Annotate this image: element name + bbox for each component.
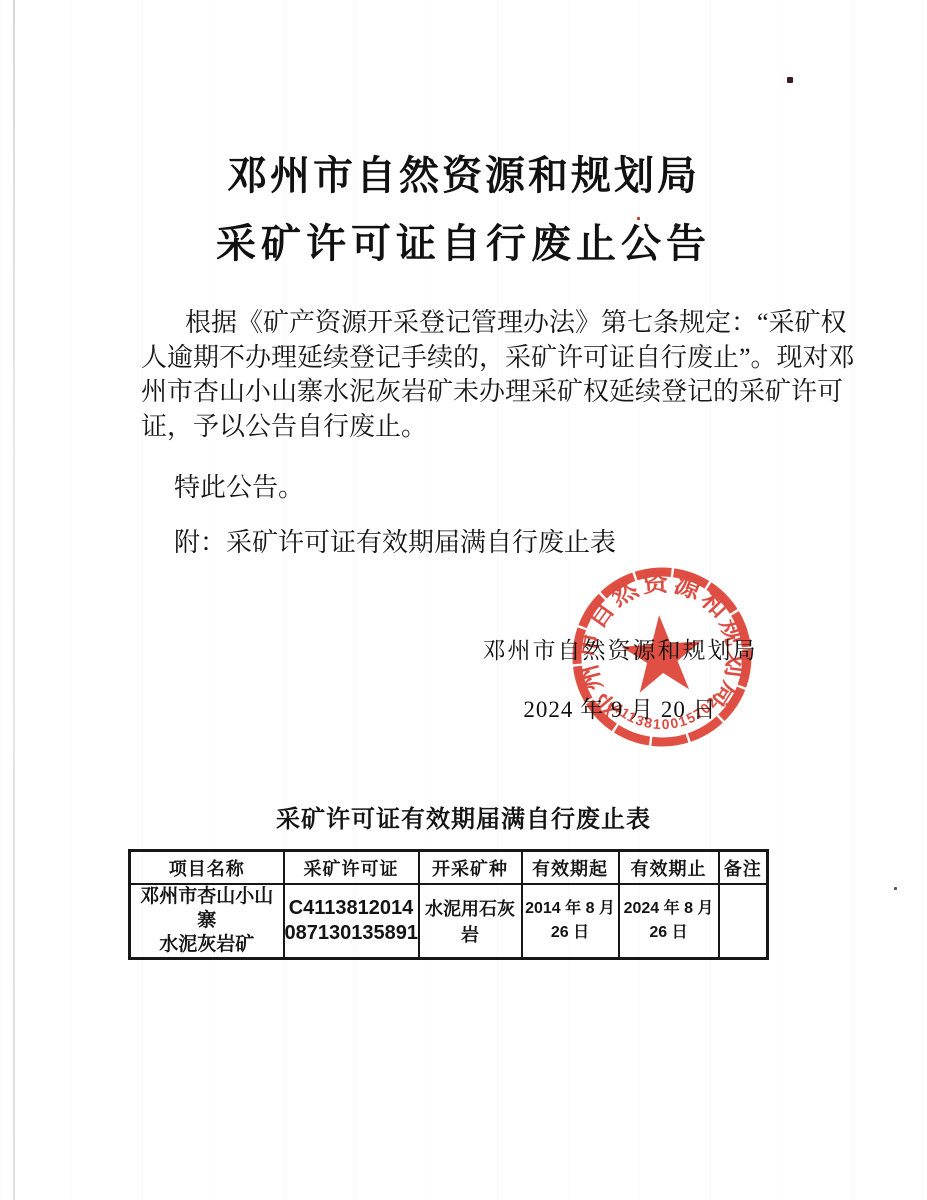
cell-license-no: C4113812014 087130135891 — [284, 884, 419, 959]
body-line-1: 根据《矿产资源开采登记管理办法》第七条规定：“采矿权 — [141, 306, 855, 341]
closing-statement: 特此公告。 — [174, 467, 304, 504]
col-header-valid-to: 有效期止 — [619, 851, 719, 885]
project-name-line1: 邓州市杏山小山寨 — [131, 885, 283, 933]
table-row: 邓州市杏山小山寨 水泥灰岩矿 C4113812014 087130135891 … — [130, 884, 768, 959]
announcement-body: 根据《矿产资源开采登记管理办法》第七条规定：“采矿权 人逾期不办理延续登记手续的… — [141, 306, 855, 444]
cell-valid-to: 2024 年 8 月 26 日 — [619, 884, 719, 959]
issuer-signature: 邓州市自然资源和规划局 — [450, 632, 790, 665]
scan-speck — [787, 77, 793, 83]
body-line-3: 州市杏山小山寨水泥灰岩矿未办理采矿权延续登记的采矿许可 — [141, 375, 855, 410]
col-header-mineral: 开采矿种 — [419, 851, 522, 885]
valid-to-line1: 2024 年 8 月 — [620, 897, 718, 921]
cell-remark — [719, 884, 768, 959]
attachment-reference: 附：采矿许可证有效期届满自行废止表 — [174, 522, 616, 559]
scan-speck — [637, 217, 640, 220]
body-line-2: 人逾期不办理延续登记手续的，采矿许可证自行废止”。现对邓 — [141, 341, 855, 376]
document-title-line1: 邓州市自然资源和规划局 — [0, 144, 927, 201]
license-table-container: 项目名称 采矿许可证 开采矿种 有效期起 有效期止 备注 邓州市杏山小山寨 水泥… — [128, 849, 769, 960]
cell-project-name: 邓州市杏山小山寨 水泥灰岩矿 — [130, 884, 284, 959]
scan-speck — [894, 887, 897, 890]
scanned-document-page: 邓州市自然资源和规划局 采矿许可证自行废止公告 根据《矿产资源开采登记管理办法》… — [0, 0, 927, 1200]
project-name-line2: 水泥灰岩矿 — [131, 933, 283, 957]
col-header-valid-from: 有效期起 — [522, 851, 619, 885]
valid-to-line2: 26 日 — [620, 921, 718, 945]
body-line-4: 证，予以公告自行废止。 — [141, 410, 855, 445]
col-header-license-no: 采矿许可证 — [284, 851, 419, 885]
valid-from-line1: 2014 年 8 月 — [523, 897, 618, 921]
attachment-table-title: 采矿许可证有效期届满自行废止表 — [0, 799, 927, 834]
col-header-remark: 备注 — [719, 851, 768, 885]
license-no-line1: C4113812014 — [285, 896, 418, 921]
valid-from-line2: 26 日 — [523, 921, 618, 945]
table-header-row: 项目名称 采矿许可证 开采矿种 有效期起 有效期止 备注 — [130, 851, 768, 885]
license-expiry-table: 项目名称 采矿许可证 开采矿种 有效期起 有效期止 备注 邓州市杏山小山寨 水泥… — [128, 849, 769, 960]
license-no-line2: 087130135891 — [285, 921, 418, 946]
document-title-line2: 采矿许可证自行废止公告 — [0, 212, 927, 269]
cell-mineral-type: 水泥用石灰岩 — [419, 884, 522, 959]
cell-valid-from: 2014 年 8 月 26 日 — [522, 884, 619, 959]
col-header-project-name: 项目名称 — [130, 851, 284, 885]
issue-date: 2024 年 9 月 20 日 — [450, 691, 790, 724]
